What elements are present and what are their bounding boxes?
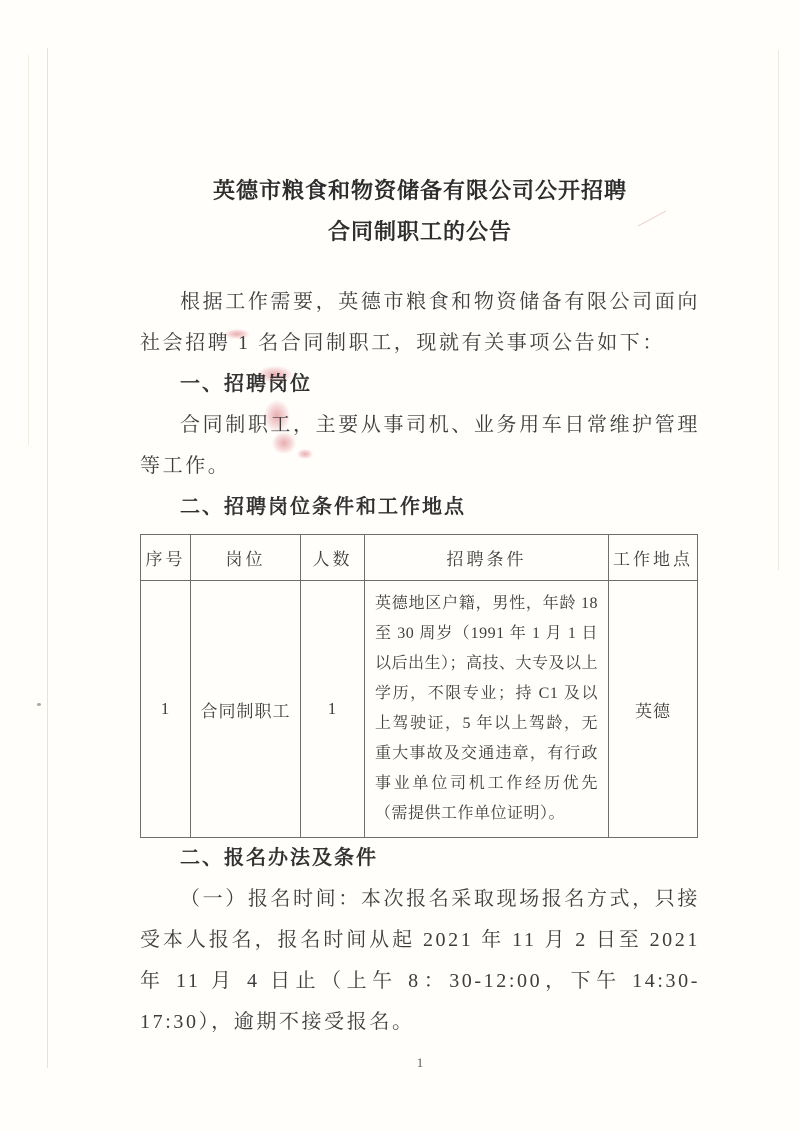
header-conditions: 招聘条件	[365, 535, 609, 581]
section-1-heading: 一、招聘岗位	[140, 364, 700, 405]
section-1-paragraph: 合同制职工，主要从事司机、业务用车日常维护管理等工作。	[140, 405, 700, 487]
scan-edge-line-right	[778, 50, 779, 570]
header-seq: 序号	[141, 535, 191, 581]
section-3-paragraph: （一）报名时间：本次报名采取现场报名方式，只接受本人报名，报名时间从起 2021…	[140, 879, 700, 1043]
header-location: 工作地点	[609, 535, 698, 581]
dust-speck	[37, 703, 41, 706]
cell-count: 1	[301, 581, 365, 838]
header-post: 岗位	[191, 535, 301, 581]
page-number: 1	[140, 1055, 700, 1071]
cell-location: 英德	[609, 581, 698, 838]
table-header-row: 序号 岗位 人数 招聘条件 工作地点	[141, 535, 698, 581]
cell-seq: 1	[141, 581, 191, 838]
header-count: 人数	[301, 535, 365, 581]
cell-post: 合同制职工	[191, 581, 301, 838]
table-row: 1 合同制职工 1 英德地区户籍，男性，年龄 18 至 30 周岁（1991 年…	[141, 581, 698, 838]
scanned-page: 英德市粮食和物资储备有限公司公开招聘 合同制职工的公告 根据工作需要，英德市粮食…	[0, 0, 800, 1132]
intro-paragraph: 根据工作需要，英德市粮食和物资储备有限公司面向社会招聘 1 名合同制职工，现就有…	[140, 282, 700, 364]
scan-edge-line-left-2	[28, 55, 29, 445]
section-3-heading: 二、报名办法及条件	[140, 838, 700, 879]
document-content: 英德市粮食和物资储备有限公司公开招聘 合同制职工的公告 根据工作需要，英德市粮食…	[140, 170, 700, 1071]
title-line-1: 英德市粮食和物资储备有限公司公开招聘	[140, 170, 700, 211]
recruitment-table: 序号 岗位 人数 招聘条件 工作地点 1 合同制职工 1 英德地区户籍，男性，年…	[140, 534, 698, 838]
title-line-2: 合同制职工的公告	[140, 211, 700, 252]
scan-edge-line-left	[47, 48, 48, 1068]
section-2-heading: 二、招聘岗位条件和工作地点	[140, 487, 700, 528]
document-title: 英德市粮食和物资储备有限公司公开招聘 合同制职工的公告	[140, 170, 700, 252]
cell-conditions: 英德地区户籍，男性，年龄 18 至 30 周岁（1991 年 1 月 1 日以后…	[365, 581, 609, 838]
